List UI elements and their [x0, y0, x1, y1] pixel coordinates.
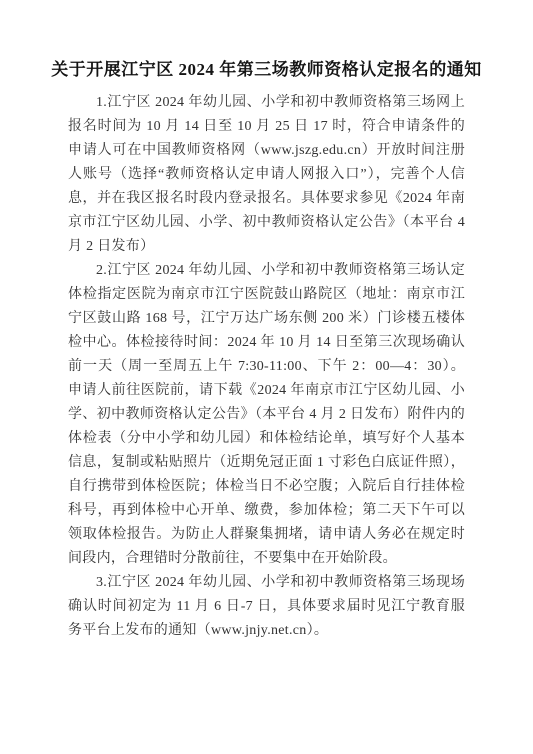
text-line: 确认时间初定为 11 月 6 日-7 日，具体要求届时见江宁教育服	[68, 595, 465, 619]
text-line: 申请人前往医院前，请下载《2024 年南京市江宁区幼儿园、小	[68, 379, 465, 403]
text-line: 间段内，合理错时分散前往，不要集中在开始阶段。	[68, 547, 465, 571]
text-line: 领取体检报告。为防止人群聚集拥堵，请申请人务必在规定时	[68, 523, 465, 547]
text-line: 京市江宁区幼儿园、小学、初中教师资格认定公告》（本平台 4	[68, 211, 465, 235]
document-body: 1.江宁区 2024 年幼儿园、小学和初中教师资格第三场网上报名时间为 10 月…	[68, 91, 465, 643]
notice-page: 关于开展江宁区 2024 年第三场教师资格认定报名的通知 1.江宁区 2024 …	[0, 0, 533, 754]
text-line: 检中心。体检接待时间：2024 年 10 月 14 日至第三次现场确认	[68, 331, 465, 355]
text-line: 学、初中教师资格认定公告》（本平台 4 月 2 日发布）附件内的	[68, 403, 465, 427]
text-line: 自行携带到体检医院；体检当日不必空腹；入院后自行挂体检	[68, 475, 465, 499]
text-line: 前一天（周一至周五上午 7:30-11:00、下午 2：00—4：30）。	[68, 355, 465, 379]
text-line: 人账号（选择“教师资格认定申请人网报入口”），完善个人信	[68, 163, 465, 187]
text-line: 信息，复制或粘贴照片（近期免冠正面 1 寸彩色白底证件照），	[68, 451, 465, 475]
text-line: 月 2 日发布）	[68, 235, 465, 259]
paragraph: 3.江宁区 2024 年幼儿园、小学和初中教师资格第三场现场确认时间初定为 11…	[68, 571, 465, 643]
text-line: 务平台上发布的通知（www.jnjy.net.cn）。	[68, 619, 465, 643]
text-line: 1.江宁区 2024 年幼儿园、小学和初中教师资格第三场网上	[68, 91, 465, 115]
text-line: 宁区鼓山路 168 号，江宁万达广场东侧 200 米）门诊楼五楼体	[68, 307, 465, 331]
text-line: 3.江宁区 2024 年幼儿园、小学和初中教师资格第三场现场	[68, 571, 465, 595]
document-title: 关于开展江宁区 2024 年第三场教师资格认定报名的通知	[0, 56, 533, 84]
paragraph: 2.江宁区 2024 年幼儿园、小学和初中教师资格第三场认定体检指定医院为南京市…	[68, 259, 465, 571]
text-line: 体检表（分中小学和幼儿园）和体检结论单，填写好个人基本	[68, 427, 465, 451]
text-line: 息，并在我区报名时段内登录报名。具体要求参见《2024 年南	[68, 187, 465, 211]
text-line: 申请人可在中国教师资格网（www.jszg.edu.cn）开放时间注册个	[68, 139, 465, 163]
text-line: 2.江宁区 2024 年幼儿园、小学和初中教师资格第三场认定	[68, 259, 465, 283]
text-line: 体检指定医院为南京市江宁医院鼓山路院区（地址：南京市江	[68, 283, 465, 307]
text-line: 科号，再到体检中心开单、缴费，参加体检；第二天下午可以	[68, 499, 465, 523]
text-line: 报名时间为 10 月 14 日至 10 月 25 日 17 时，符合申请条件的	[68, 115, 465, 139]
paragraph: 1.江宁区 2024 年幼儿园、小学和初中教师资格第三场网上报名时间为 10 月…	[68, 91, 465, 259]
